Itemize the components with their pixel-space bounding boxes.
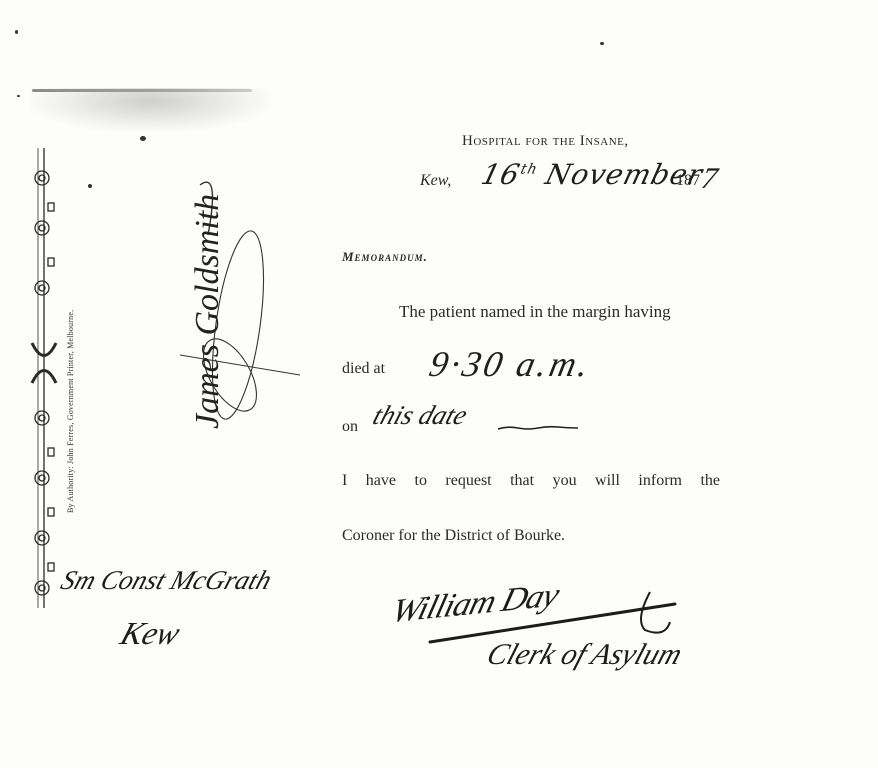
ink-speck [600,42,604,45]
ink-speck [88,184,92,188]
place-label: Kew, [420,172,451,190]
memo-heading: Memorandum. [342,249,428,265]
signature-loops [160,175,320,515]
patient-name-signature: James Goldsmith [189,209,227,429]
ink-speck [15,30,18,34]
addressee-place: Kew [116,615,185,652]
handwritten-time: 9·30 a.m. [426,343,596,385]
handwritten-date: 16th November [478,158,707,191]
ink-speck [17,95,20,97]
handwritten-date-reference: this date [369,400,471,431]
year-printed: 187 [676,172,700,190]
fold-shadow [30,88,270,132]
clerk-title: Clerk of Asylum [482,638,686,672]
ornamental-border [28,148,60,608]
document-page: Hospital for the Insane, Kew, 16th Novem… [0,0,878,768]
date-ordinal: th [519,162,540,178]
addressee-name: Sm Const McGrath [57,565,276,596]
on-label: on [342,418,358,436]
printer-imprint: By Authority: John Ferres, Government Pr… [66,310,75,513]
handwritten-dash [498,425,578,431]
memo-line-3: I have to request that you will inform t… [342,472,720,490]
date-day: 16 [478,158,524,191]
institution-title: Hospital for the Insane, [462,133,629,150]
died-at-label: died at [342,360,385,378]
memo-line-1: The patient named in the margin having [399,302,671,322]
fold-crease [32,89,252,92]
memo-line-4: Coroner for the District of Bourke. [342,527,565,545]
ink-speck [140,136,146,141]
